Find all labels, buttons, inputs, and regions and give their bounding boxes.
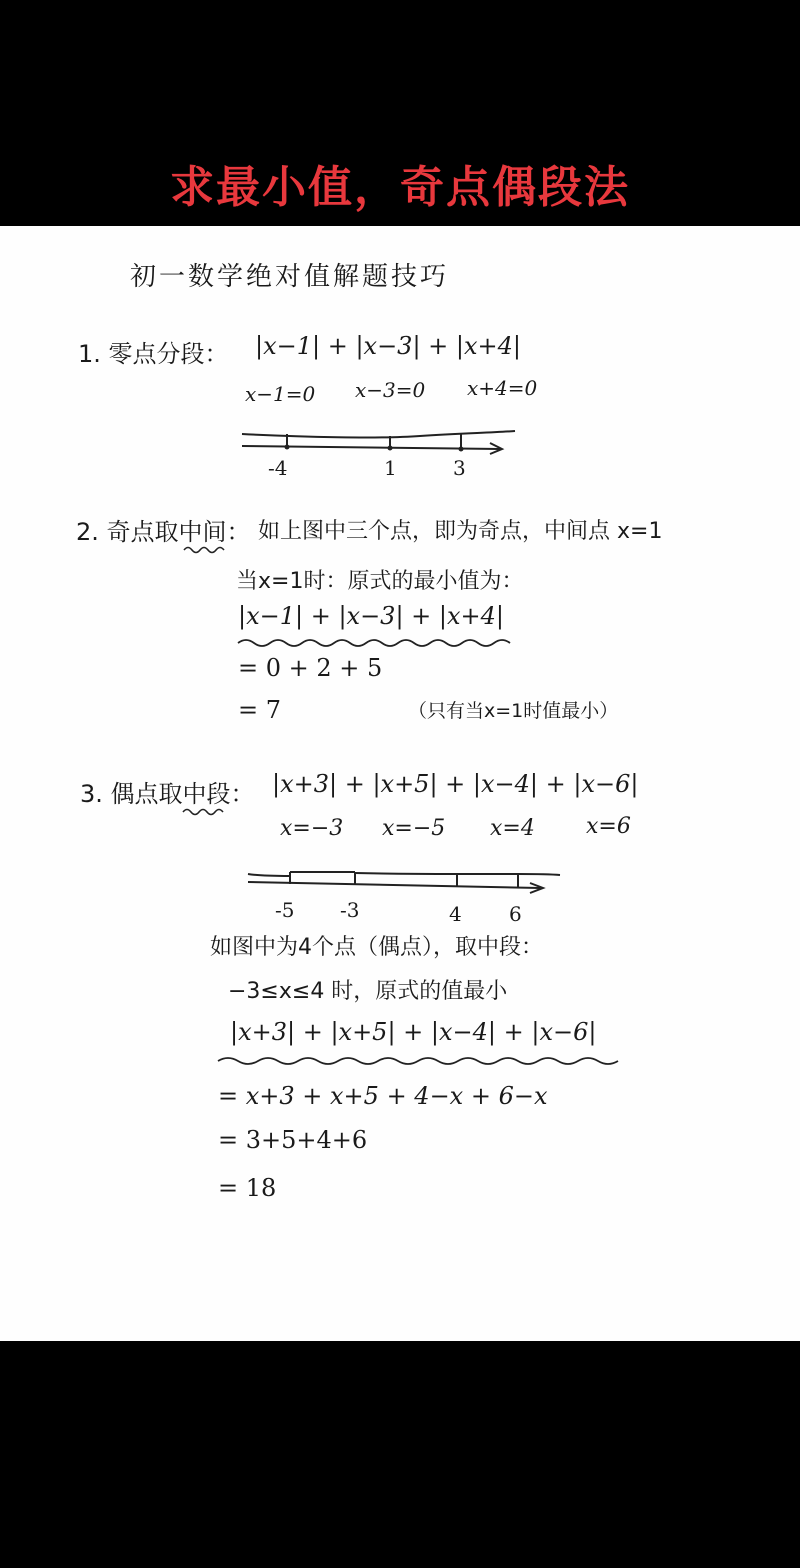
section1-heading: 1. 零点分段： [78,334,229,369]
section1-expression: |x−1| + |x−3| + |x+4| [255,332,521,360]
section2-step2: = 7 [238,696,281,724]
section3-heading: 3. 偶点取中段： [80,774,255,809]
number-line-1-tick-3: 3 [453,456,466,480]
section3-step3: = 18 [218,1174,276,1202]
section2-line1: 如上图中三个点，即为奇点，中间点 x=1 [258,514,662,545]
section2-line2: 当x=1时：原式的最小值为： [236,564,523,595]
section1-zero-2: x−3=0 [355,378,425,402]
section3-expression: |x+3| + |x+5| + |x−4| + |x−6| [272,770,638,798]
section1-zero-3: x+4=0 [467,376,537,400]
section2-expression: |x−1| + |x−3| + |x+4| [238,602,504,630]
wavy-underline [184,544,244,556]
number-line-2-tick-2: -3 [340,898,359,922]
section3-line1: 如图中为4个点（偶点），取中段： [210,930,543,961]
number-line-2 [0,862,800,922]
section3-zero-1: x=−3 [280,816,343,841]
section2-heading: 2. 奇点取中间： [76,512,251,547]
number-line-2-tick-3: 4 [449,902,462,926]
number-line-1-tick-1: -4 [268,456,287,480]
number-line-2-tick-4: 6 [509,902,522,926]
section3-zero-4: x=6 [586,814,631,839]
section3-zero-2: x=−5 [382,816,445,841]
section3-line2: −3≤x≤4 时，原式的值最小 [228,974,507,1005]
section3-step1: = x+3 + x+5 + 4−x + 6−x [218,1082,548,1110]
number-line-1 [0,421,800,501]
number-line-1-tick-2: 1 [384,456,397,480]
section2-note: （只有当x=1时值最小） [408,696,618,723]
top-black-bar: 求最小值，奇点偶段法 [0,0,800,226]
handwritten-page: 初一数学绝对值解题技巧 1. 零点分段： |x−1| + |x−3| + |x+… [0,226,800,1341]
section2-step1: = 0 + 2 + 5 [238,654,382,682]
banner-title: 求最小值，奇点偶段法 [0,158,800,218]
section3-zero-3: x=4 [490,816,535,841]
bottom-black-bar [0,1341,800,1568]
wavy-underline [183,806,243,818]
document-title: 初一数学绝对值解题技巧 [130,256,449,293]
section3-step2: = 3+5+4+6 [218,1126,367,1154]
number-line-2-tick-1: -5 [275,898,294,922]
wavy-underline [238,636,538,650]
section3-expression2: |x+3| + |x+5| + |x−4| + |x−6| [230,1018,596,1046]
wavy-underline [218,1054,618,1068]
section1-zero-1: x−1=0 [245,382,315,406]
